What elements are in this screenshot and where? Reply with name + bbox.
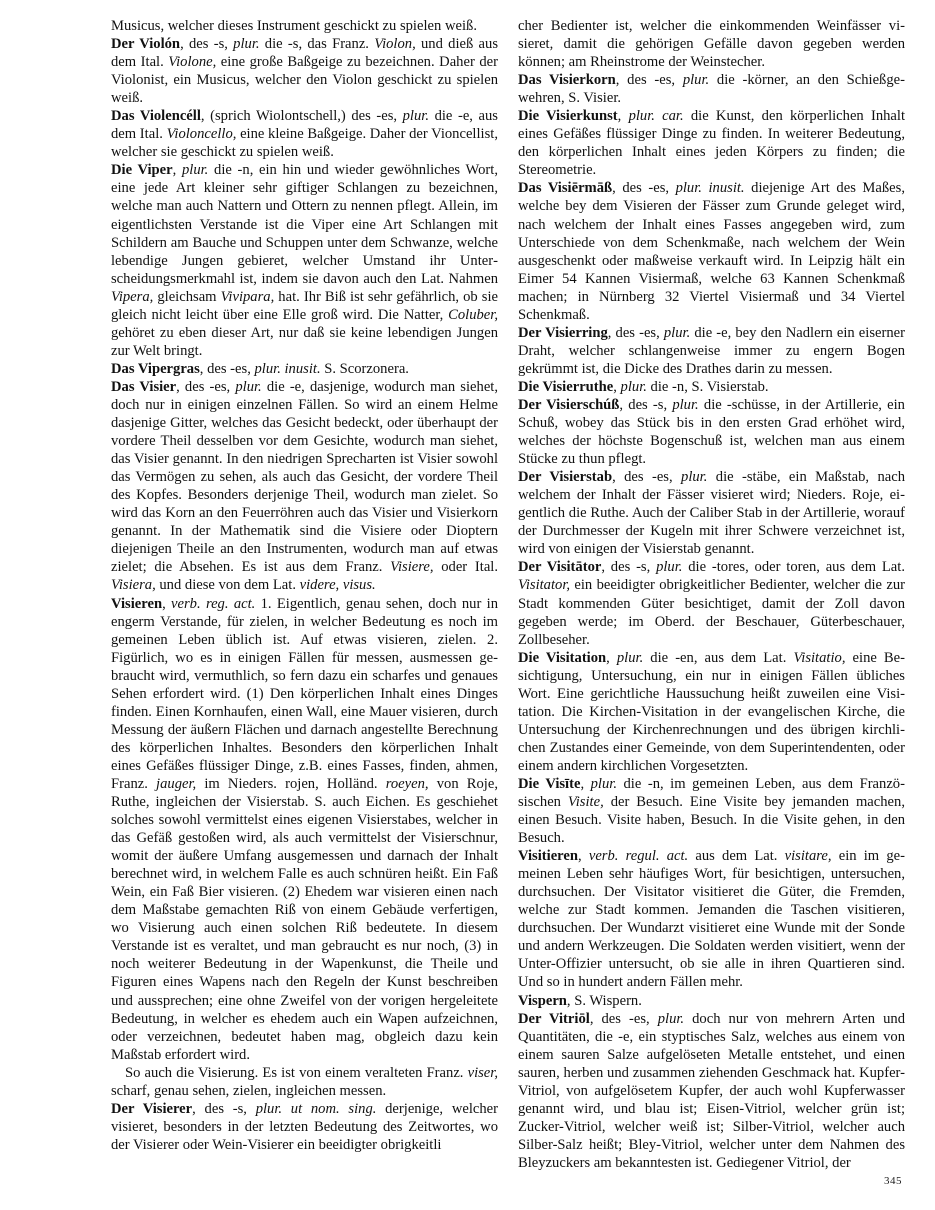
entry-text: oder Ital. [434,559,499,575]
grammatical-note: videre, visus. [300,577,376,593]
dictionary-entry-vitriol: Der Vitriōl, des -es, plur. doch nur von… [518,1010,905,1172]
entry-headword: Der Violón [111,36,180,52]
entry-text: aus dem Lat. [688,848,784,864]
entry-text: , des -s, [180,36,233,52]
grammatical-note: plur. inusit. [255,361,321,377]
entry-text: , [173,162,182,178]
dictionary-entry-visier: Das Visier, des -es, plur. die -e, dasje… [111,378,498,595]
entry-headword: Das Visierkorn [518,72,616,88]
entry-text: , des -es, [200,361,255,377]
dictionary-entry-visierstab: Der Visierstab, des -es, plur. die -stäb… [518,468,905,558]
entry-text: , [606,650,617,666]
grammatical-note: Visitator, [518,577,570,593]
entry-text: die -s, das Franz. [260,36,375,52]
grammatical-note: plur. [683,72,709,88]
page-number: 345 [884,1175,902,1187]
dictionary-entry-violon: Der Violón, des -s, plur. die -s, das Fr… [111,35,498,107]
grammatical-note: Visitatio, [793,650,845,666]
dictionary-entry-visierring: Der Visierring, des -es, plur. die -e, b… [518,324,905,378]
entry-headword: Die Visierkunst [518,108,618,124]
entry-headword: Die Visitation [518,650,606,666]
dictionary-entry-visite: Die Visīte, plur. die -n, im gemeinen Le… [518,775,905,847]
entry-text: Musicus, welcher dieses Instrument gesch… [111,18,477,34]
grammatical-note: plur. inusit. [676,180,745,196]
entry-headword: Der Visitātor [518,559,601,575]
entry-headword: Der Visierring [518,325,608,341]
grammatical-note: visitare, [785,848,832,864]
grammatical-note: roeyen, [386,776,429,792]
entry-text: scharf, genau sehen, zielen, ingleichen … [111,1083,386,1099]
entry-text: , des -s, [192,1101,256,1117]
dictionary-entry-visitation: Die Visitation, plur. die -en, aus dem L… [518,649,905,775]
entry-text: diejenige Art des Maßes, welche bey dem … [518,180,905,322]
entry-headword: Der Vitriōl [518,1011,590,1027]
entry-headword: Der Visierschúß [518,397,619,413]
grammatical-note: Vipera, [111,289,153,305]
entry-text: die -tores, oder toren, aus dem Lat. [682,559,905,575]
grammatical-note: viser, [468,1065,498,1081]
entry-text: 1. Eigentlich, genau sehen, doch nur in … [111,596,498,792]
dictionary-entry-visiermass: Das Visiērmāß, des -es, plur. inusit. di… [518,179,905,323]
dictionary-entry-visitator: Der Visitātor, des -s, plur. die -tores,… [518,558,905,648]
entry-headword: Die Visīte [518,776,580,792]
entry-text: gleichsam [153,289,220,305]
entry-text: , des -es, [612,180,675,196]
grammatical-note: plur. [182,162,208,178]
entry-text: , (sprich Wiolontschell,) des -es, [201,108,403,124]
entry-headword: Das Visier [111,379,176,395]
grammatical-note: Vivipara, [221,289,275,305]
entry-headword: Der Visierer [111,1101,192,1117]
entry-text: , des -es, [612,469,681,485]
grammatical-note: jauger, [156,776,196,792]
dictionary-page: Musicus, welcher dieses Instrument gesch… [0,0,935,1210]
entry-text: , des -es, [608,325,664,341]
entry-headword: Die Visierruthe [518,379,613,395]
grammatical-note: Violone, [168,54,216,70]
left-column: Musicus, welcher dieses Instrument gesch… [111,17,498,1154]
entry-text: ein im ge­meinen Leben sehr häufiges Wor… [518,848,905,990]
grammatical-note: plur. [621,379,647,395]
entry-text: die -en, aus dem Lat. [643,650,793,666]
entry-headword: Visitieren [518,848,578,864]
grammatical-note: Coluber, [448,307,498,323]
grammatical-note: plur. [672,397,698,413]
entry-text: , des -es, [176,379,235,395]
dictionary-entry-vispern: Vispern, S. Wispern. [518,992,905,1010]
dictionary-entry-visitieren: Visitieren, verb. regul. act. aus dem La… [518,847,905,991]
grammatical-note: Visite, [568,794,604,810]
dictionary-entry-cont-violinist: Musicus, welcher dieses Instrument gesch… [111,17,498,35]
entry-text: im Nieders. rojen, Hol­länd. [196,776,386,792]
dictionary-entry-viper: Die Viper, plur. die -n, ein hin und wie… [111,161,498,360]
entry-text: , des -es, [590,1011,658,1027]
entry-headword: Die Viper [111,162,173,178]
entry-headword: Das Violencéll [111,108,201,124]
dictionary-entry-visieren: Visieren, verb. reg. act. 1. Eigentlich,… [111,595,498,1064]
grammatical-note: plur. [235,379,261,395]
entry-text: , des -es, [616,72,683,88]
entry-text: eine Be­sichtigung, Untersuchung, ein nu… [518,650,905,774]
entry-text: , [618,108,629,124]
entry-text: gehöret zu eben dieser Art, nur daß sie … [111,325,498,359]
grammatical-note: plur. [681,469,707,485]
entry-headword: Der Visierstab [518,469,612,485]
dictionary-entry-visierer: Der Visierer, des -s, plur. ut nom. sing… [111,1100,498,1154]
grammatical-note: plur. [403,108,429,124]
grammatical-note: plur. [658,1011,684,1027]
entry-text: und diese von dem Lat. [156,577,300,593]
dictionary-entry-violencell: Das Violencéll, (sprich Wiolontschell,) … [111,107,498,161]
entry-headword: Vispern [518,993,567,1009]
entry-text: die -n, S. Visierstab. [647,379,769,395]
grammatical-note: plur. [617,650,643,666]
grammatical-note: plur. [664,325,690,341]
entry-text: , S. Wispern. [567,993,642,1009]
dictionary-entry-vipergras: Das Vipergras, des -es, plur. inusit. S.… [111,360,498,378]
entry-headword: Das Vipergras [111,361,200,377]
grammatical-note: Visiera, [111,577,156,593]
dictionary-entry-visierschuss: Der Visierschúß, des -s, plur. die -schü… [518,396,905,468]
entry-text: von Roje, Ruthe, ingleichen der Visierst… [111,776,498,1063]
entry-text: cher Bedienter ist, welcher die einkomme… [518,18,905,70]
entry-text: , [613,379,620,395]
grammatical-note: Visiere, [390,559,433,575]
entry-text: die -e, dasjenige, wodurch man siehet, d… [111,379,498,575]
entry-text: , des -s, [601,559,656,575]
grammatical-note: Violon, [374,36,415,52]
grammatical-note: plur. ut nom. sing. [256,1101,377,1117]
grammatical-note: plur. [591,776,617,792]
dictionary-entry-visierkunst: Die Visierkunst, plur. car. die Kunst, d… [518,107,905,179]
dictionary-entry-visierkorn: Das Visierkorn, des -es, plur. die -körn… [518,71,905,107]
entry-text: die -n, ein hin und wieder gewöhnliches … [111,162,498,286]
entry-text: S. Scorzonera. [321,361,409,377]
grammatical-note: verb. regul. act. [589,848,688,864]
entry-headword: Das Visiērmāß [518,180,612,196]
entry-text: , [578,848,589,864]
entry-text: doch nur von mehrern Arten und Quantität… [518,1011,905,1171]
grammatical-note: plur. [656,559,682,575]
dictionary-entry-visierruthe: Die Visierruthe, plur. die -n, S. Visier… [518,378,905,396]
entry-text: ein beeidigter obrigkeitlicher Bedienter… [518,577,905,647]
entry-text: , [162,596,171,612]
entry-headword: Visieren [111,596,162,612]
entry-text: So auch die Visierung. Es ist von einem … [125,1065,468,1081]
right-column: cher Bedienter ist, welcher die einkomme… [518,17,905,1172]
dictionary-entry-visierung: So auch die Visierung. Es ist von einem … [111,1064,498,1100]
dictionary-entry-visierer-cont: cher Bedienter ist, welcher die einkomme… [518,17,905,71]
grammatical-note: Violoncello, [167,126,237,142]
entry-text: , des -s, [619,397,672,413]
grammatical-note: plur. car. [629,108,684,124]
entry-text: , [580,776,590,792]
grammatical-note: verb. reg. act. [171,596,255,612]
grammatical-note: plur. [233,36,259,52]
